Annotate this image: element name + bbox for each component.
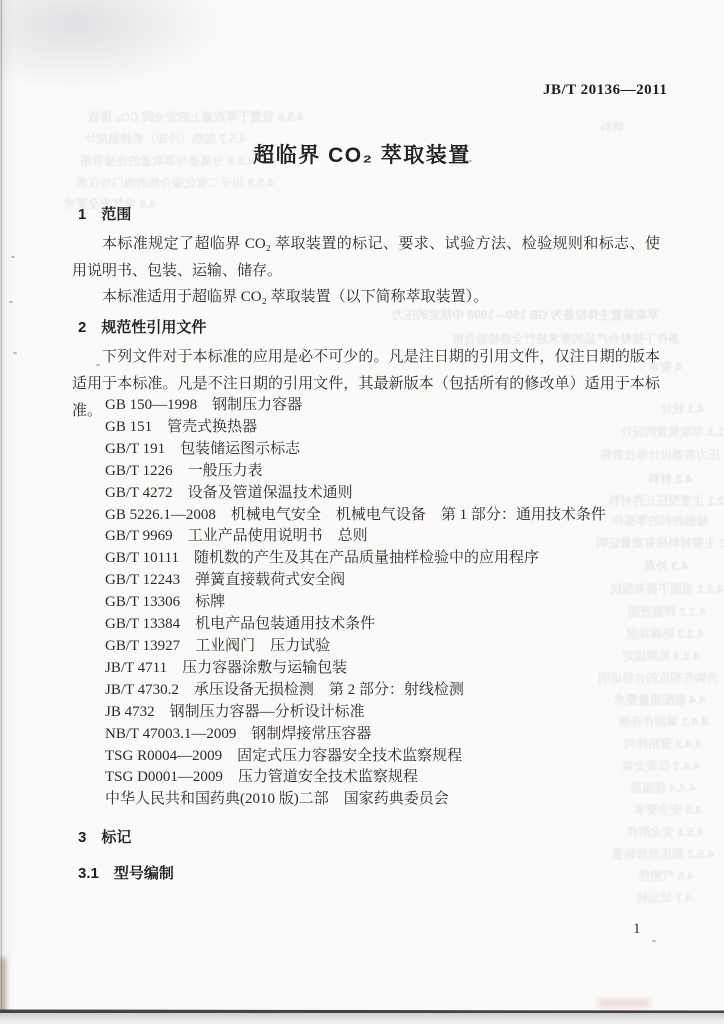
scan-smudge-bottom-left: [0, 958, 6, 1014]
bleedthrough-text: 4.5.1 安全附件: [626, 823, 704, 840]
section-2-number: 2: [78, 319, 86, 336]
reference-item: GB/T 1226 一般压力表: [105, 461, 675, 483]
section-3-1-title: 型号编制: [114, 862, 174, 883]
bleedthrough-text: 4.5.6 设置于萃取釜上的安全阀 CO₂ 排放: [88, 108, 304, 125]
scan-speck: [652, 940, 656, 942]
scan-smudge-bottom-right: [598, 999, 650, 1008]
reference-item: NB/T 47003.1—2009 钢制焊接常压容器: [105, 724, 675, 746]
scan-bottom-background: [0, 1013, 724, 1024]
reference-item: 中华人民共和国药典(2010 版)二部 国家药典委员会: [105, 789, 675, 811]
reference-item: GB/T 9969 工业产品使用说明书 总则: [105, 526, 675, 548]
bleedthrough-text: 4.5.2 超压泄放装置: [612, 845, 714, 862]
reference-item: JB/T 4711 压力容器涂敷与运输包装: [105, 658, 675, 680]
section-1-heading: 1范围: [78, 203, 131, 224]
section-3-title: 标记: [101, 826, 131, 847]
reference-item: JB 4732 钢制压力容器—分析设计标准: [105, 702, 675, 724]
scanned-document-page: 4.5.6 设置于萃取釜上的安全阀 CO₂ 排放4.5.7 加热（冷却）系统温度…: [0, 0, 724, 1024]
standard-code: JB/T 20136—2011: [543, 82, 667, 99]
reference-item: GB/T 12243 弹簧直接载荷式安全阀: [105, 570, 675, 592]
page-title: 超临界 CO₂ 萃取装置: [0, 139, 724, 169]
section-3-number: 3: [78, 829, 86, 846]
bleedthrough-text: 4.5.9 用于二氧化碳介质的阀门与仪表: [76, 174, 274, 191]
section-1-title: 范围: [101, 203, 131, 224]
section-1-number: 1: [78, 206, 86, 223]
reference-item: GB/T 191 包装储运图示标志: [105, 439, 675, 461]
reference-item: GB/T 10111 随机数的产生及其在产品质量抽样检验中的应用程序: [105, 548, 675, 570]
bleedthrough-text: 4.6 气密性: [638, 867, 694, 884]
reference-item: GB 5226.1—2008 机械电气安全 机械电气设备 第 1 部分：通用技术…: [105, 505, 675, 527]
reference-item: JB/T 4730.2 承压设备无损检测 第 2 部分：射线检测: [105, 680, 675, 702]
section-1-paragraph-1: 本标准规定了超临界 CO₂ 萃取装置的标记、要求、试验方法、检验规则和标志、使用…: [72, 231, 660, 285]
reference-item: GB/T 13306 标牌: [105, 592, 675, 614]
reference-item: GB 151 管壳式换热器: [105, 417, 675, 439]
reference-item: TSG D0001—2009 压力管道安全技术监察规程: [105, 767, 675, 789]
reference-item: GB/T 13927 工业阀门 压力试验: [105, 636, 675, 658]
reference-list: GB 150—1998 钢制压力容器GB 151 管壳式换热器GB/T 191 …: [105, 395, 675, 811]
reference-item: TSG R0004—2009 固定式压力容器安全技术监察规程: [105, 746, 675, 768]
reference-item: GB/T 13384 机电产品包装通用技术条件: [105, 614, 675, 636]
bleedthrough-text: 填料: [600, 118, 624, 135]
bleedthrough-text: 4.7 试运转: [636, 889, 692, 906]
section-3-heading: 3标记: [78, 826, 131, 847]
section-3-1-number: 3.1: [78, 865, 99, 882]
page-number: 1: [633, 921, 641, 938]
section-1-paragraph-2: 本标准适用于超临界 CO₂ 萃取装置（以下简称萃取装置）。: [72, 284, 660, 311]
reference-item: GB 150—1998 钢制压力容器: [105, 395, 675, 417]
reference-item: GB/T 4272 设备及管道保温技术通则: [105, 483, 675, 505]
section-3-1-heading: 3.1型号编制: [78, 862, 174, 883]
section-2-title: 规范性引用文件: [101, 316, 206, 337]
section-2-heading: 2规范性引用文件: [78, 316, 206, 337]
scan-shading-top-left: [0, 0, 230, 90]
